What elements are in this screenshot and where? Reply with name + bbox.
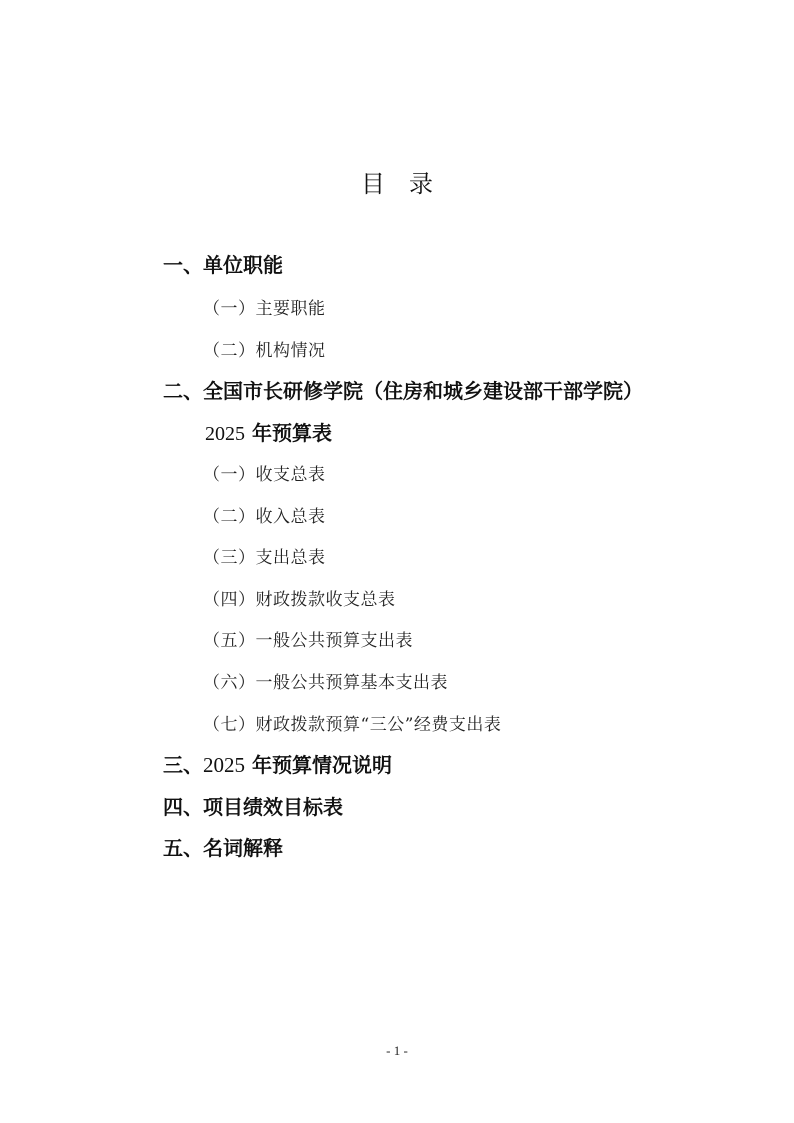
toc-entry-label: （一）收支总表: [203, 465, 326, 485]
toc-entry-label: 五、名词解释: [163, 836, 283, 860]
toc-entry-performance-targets[interactable]: 四、项目绩效目标表: [163, 791, 343, 820]
toc-entry-general-public-budget-expense[interactable]: （五）一般公共预算支出表: [203, 626, 413, 651]
toc-entry-budget-tables-heading[interactable]: 二、全国市长研修学院（住房和城乡建设部干部学院）: [163, 375, 643, 404]
toc-entry-label: 二、全国市长研修学院（住房和城乡建设部干部学院）: [163, 379, 643, 403]
toc-entry-general-public-budget-basic-expense[interactable]: （六）一般公共预算基本支出表: [203, 668, 448, 693]
page-title: 目录: [0, 164, 794, 199]
toc-entry-label: 四、项目绩效目标表: [163, 795, 343, 819]
document-page: 目录 一、单位职能 （一）主要职能 （二）机构情况 二、全国市长研修学院（住房和…: [0, 0, 794, 1123]
toc-entry-budget-explanation[interactable]: 三、2025 年预算情况说明: [163, 749, 392, 778]
toc-entry-label: （一）主要职能: [203, 299, 326, 319]
toc-entry-label: （四）财政拨款收支总表: [203, 590, 396, 610]
toc-entry-label: （三）支出总表: [203, 548, 326, 568]
toc-entry-fiscal-allocation-summary[interactable]: （四）财政拨款收支总表: [203, 585, 396, 610]
toc-entry-label: （五）一般公共预算支出表: [203, 631, 413, 651]
toc-entry-main-functions[interactable]: （一）主要职能: [203, 294, 326, 319]
toc-entry-label: （七）财政拨款预算“三公”经费支出表: [203, 715, 501, 735]
toc-entry-year: 2025: [203, 753, 245, 777]
toc-entry-income-summary[interactable]: （二）收入总表: [203, 502, 326, 527]
toc-entry-budget-tables-heading-continued[interactable]: 2025 年预算表: [205, 417, 332, 446]
page-number: - 1 -: [0, 1043, 794, 1059]
toc-entry-expense-summary[interactable]: （三）支出总表: [203, 543, 326, 568]
toc-entry-label: （二）收入总表: [203, 507, 326, 527]
toc-entry-label: （二）机构情况: [203, 341, 326, 361]
toc-entry-income-expense-summary[interactable]: （一）收支总表: [203, 460, 326, 485]
toc-entry-unit-functions[interactable]: 一、单位职能: [163, 249, 283, 278]
toc-entry-organization[interactable]: （二）机构情况: [203, 336, 326, 361]
toc-entry-prefix: 三、: [163, 753, 203, 777]
toc-entry-label: （六）一般公共预算基本支出表: [203, 673, 448, 693]
toc-entry-three-public-expenses[interactable]: （七）财政拨款预算“三公”经费支出表: [203, 710, 501, 735]
toc-entry-label: 一、单位职能: [163, 253, 283, 277]
toc-entry-label: 年预算表: [245, 421, 332, 445]
toc-entry-label: 年预算情况说明: [245, 753, 392, 777]
toc-entry-year: 2025: [205, 423, 245, 445]
toc-entry-glossary[interactable]: 五、名词解释: [163, 832, 283, 861]
